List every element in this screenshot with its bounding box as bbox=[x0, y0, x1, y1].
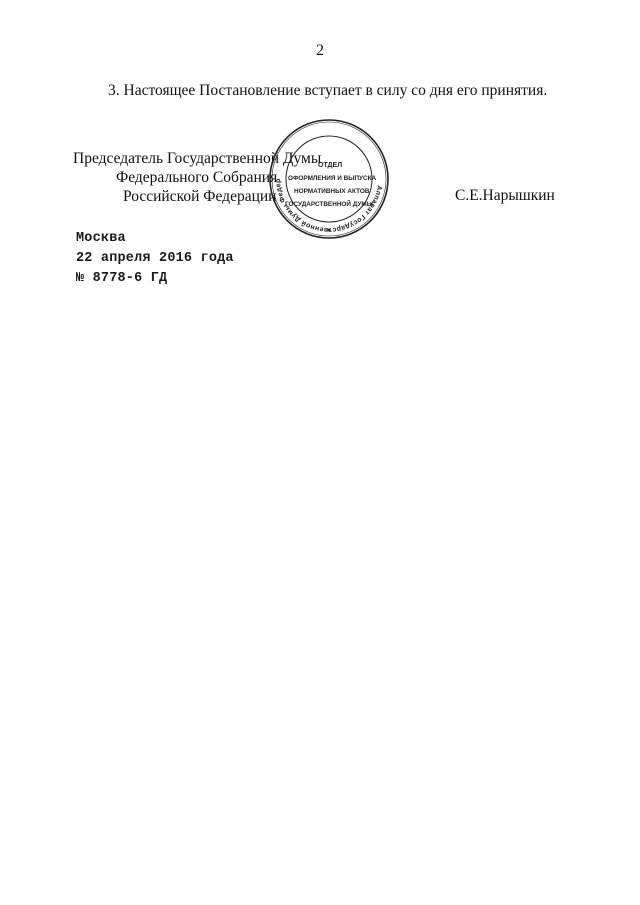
clause-text: 3. Настоящее Постановление вступает в си… bbox=[108, 82, 547, 100]
document-date: 22 апреля 2016 года bbox=[76, 251, 234, 266]
stamp-text-line-4: ГОСУДАРСТВЕННОЙ ДУМЫ bbox=[285, 201, 373, 208]
document-number: № 8778-6 ГД bbox=[76, 271, 167, 286]
stamp-text-line-1: ОТДЕЛ bbox=[318, 162, 342, 169]
page-number: 2 bbox=[0, 42, 640, 60]
official-stamp: Аппарат Государственной Думы Федеральног… bbox=[268, 118, 390, 240]
stamp-text-line-2: ОФОРМЛЕНИЯ И ВЫПУСКА bbox=[288, 175, 376, 182]
signatory-title-line-3: Российской Федерации bbox=[123, 188, 276, 206]
signatory-title-line-2: Федерального Собрания bbox=[116, 169, 277, 187]
stamp-text-line-3: НОРМАТИВНЫХ АКТОВ bbox=[294, 188, 369, 195]
signer-name: С.Е.Нарышкин bbox=[455, 187, 555, 205]
document-city: Москва bbox=[76, 231, 126, 246]
